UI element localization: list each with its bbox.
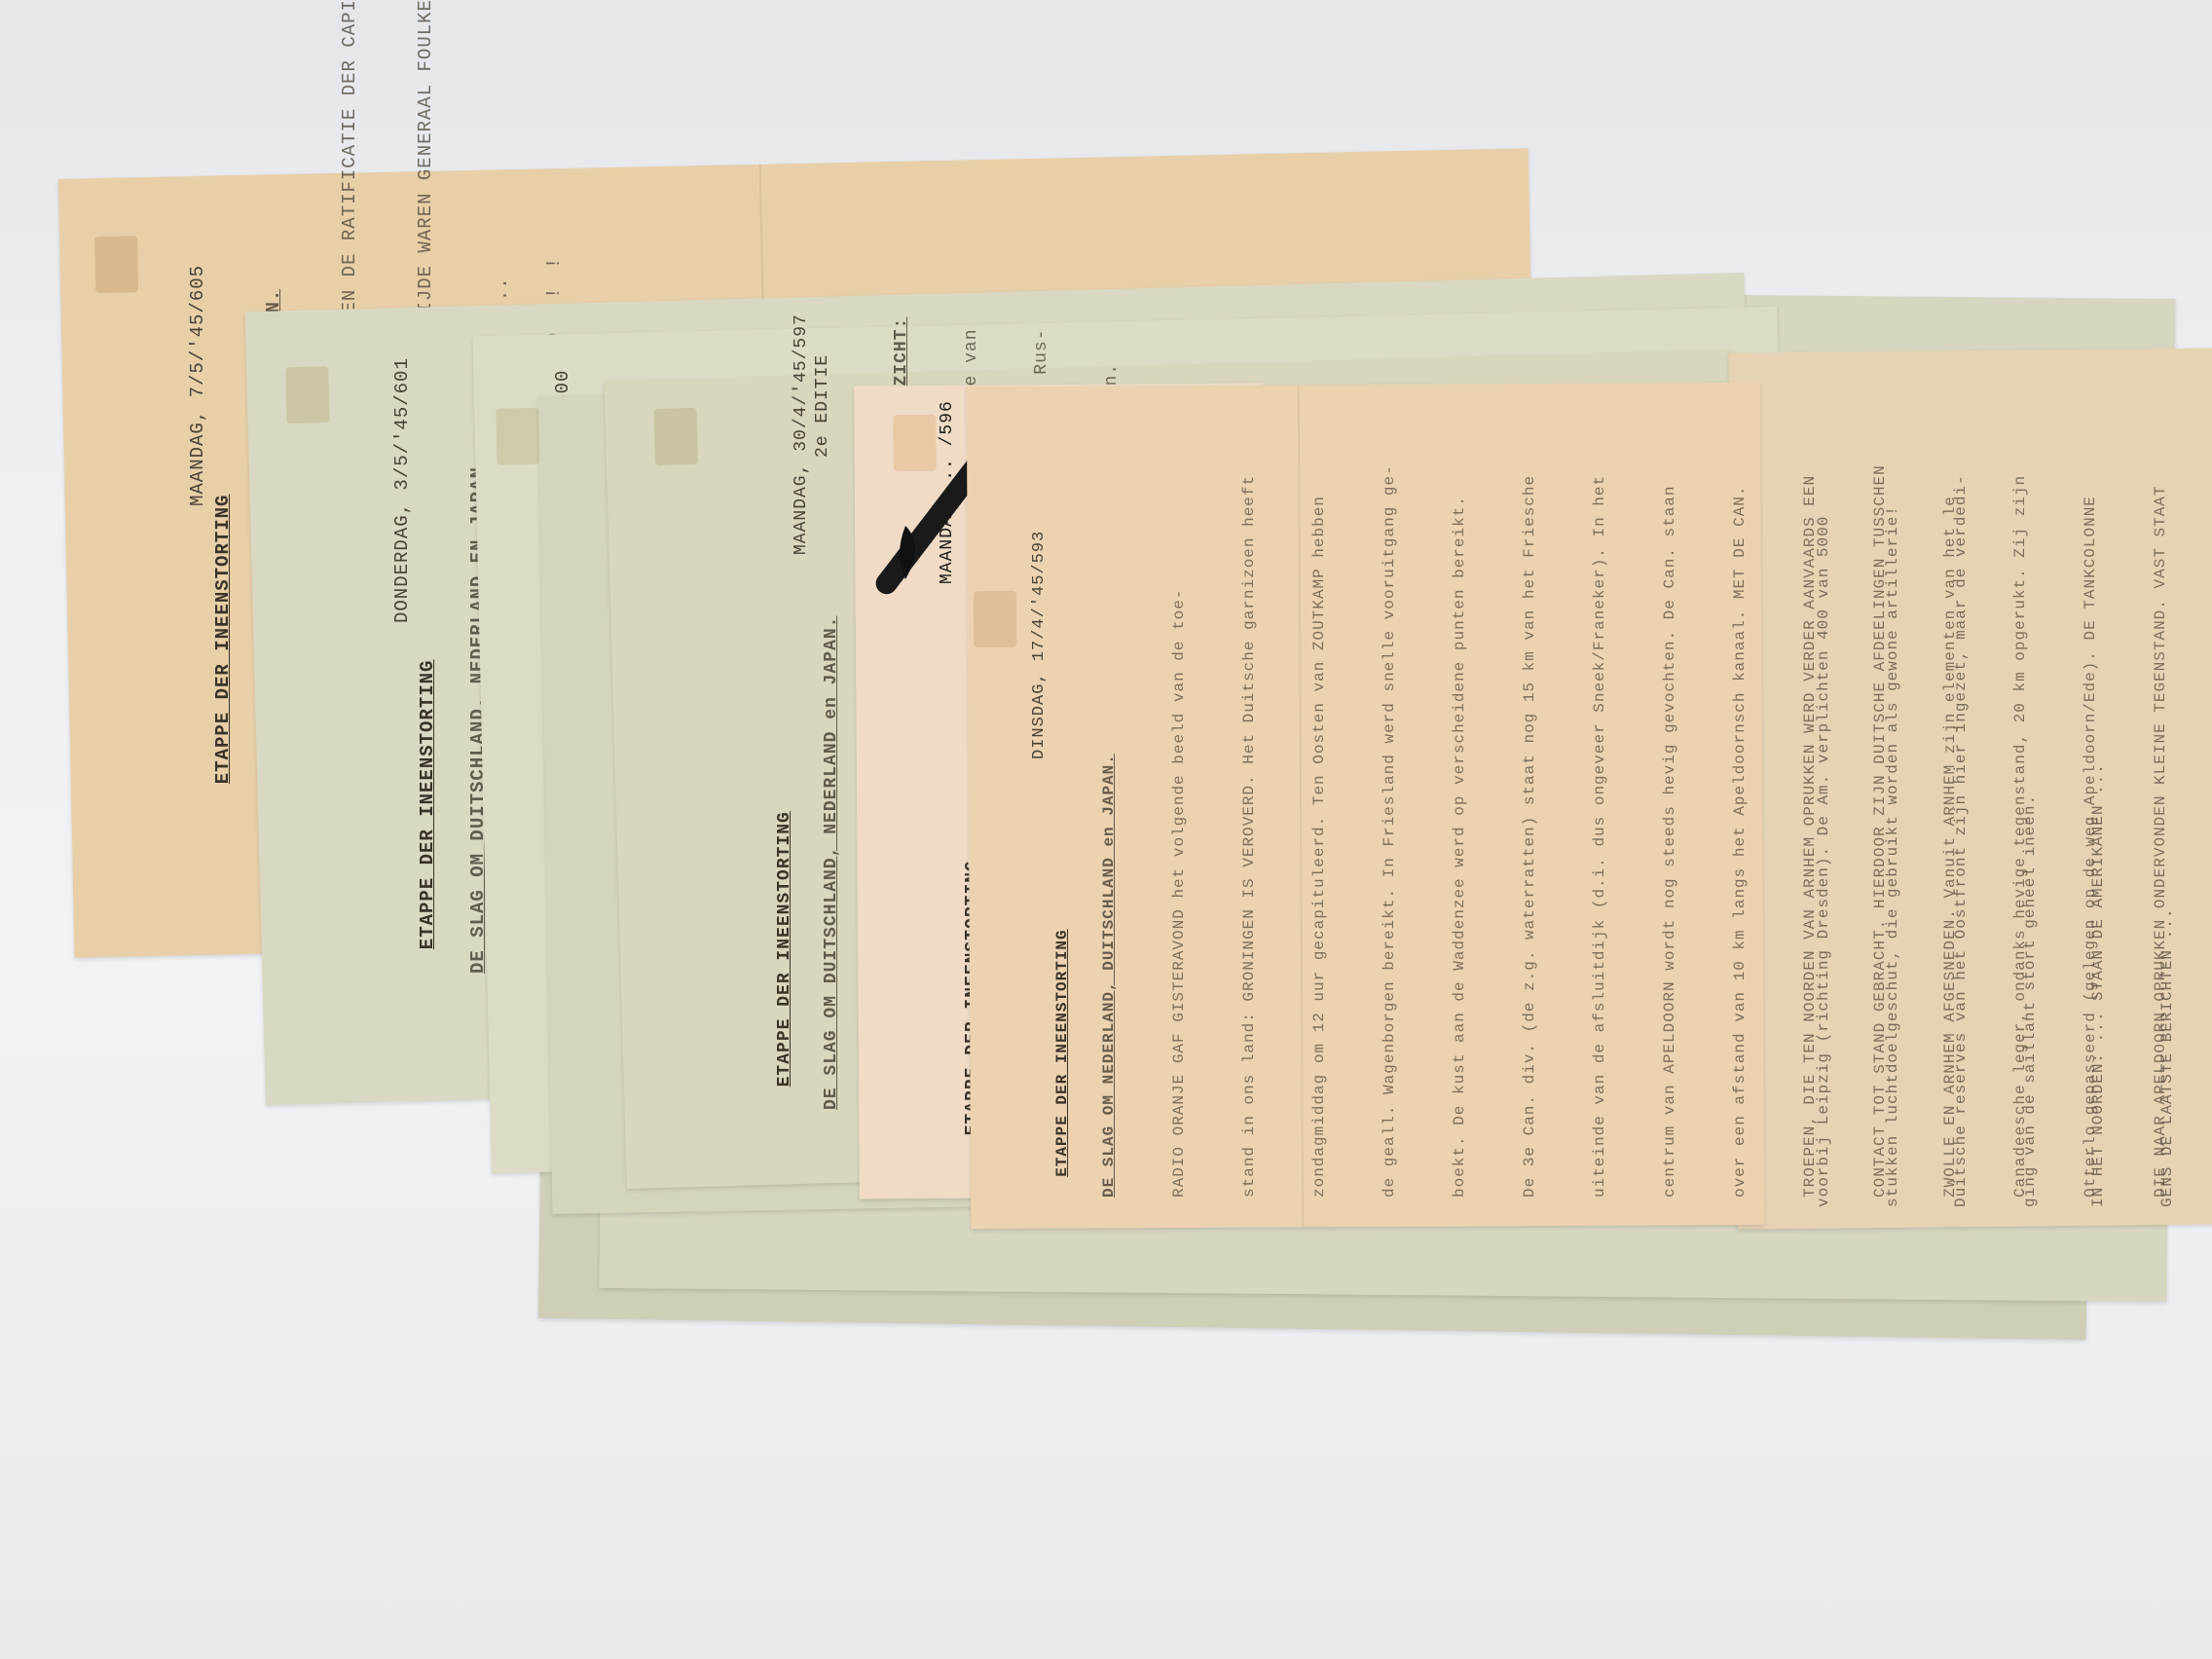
bulletin-593-line: CONTACT TOT STAND GEBRACHT. HIERDOOR ZIJ… bbox=[1868, 464, 1892, 1198]
bulletin-605-dateline: MAANDAG, 7/5/'45/605 bbox=[185, 265, 210, 506]
bulletin-597-header-1: ETAPPE DER INEENSTORTING bbox=[775, 811, 794, 1087]
bulletin-605-header-1: ETAPPE DER INEENSTORTING bbox=[212, 495, 234, 785]
tape-stain bbox=[496, 408, 539, 465]
tape-stain bbox=[94, 236, 138, 293]
bulletin-593-line: ZWOLLE EN ARNHEM AFGESNEDEN. Vanuit ARNH… bbox=[1938, 464, 1962, 1198]
bulletin-593-line: centrum van APELDOORN wordt nog steeds h… bbox=[1658, 464, 1681, 1198]
bulletin-593-header-2: DE SLAG OM NEDERLAND, DUITSCHLAND en JAP… bbox=[1097, 464, 1121, 1198]
bulletin-596-dateline: MAANDAG ... /596 bbox=[935, 400, 960, 584]
bulletin-593-header-1: ETAPPE DER INEENSTORTING bbox=[1053, 929, 1071, 1176]
bulletin-593-line: Otterlo gepasseerd (gelegen op de weg Ap… bbox=[2079, 464, 2102, 1198]
bulletin-593-line: stand in ons land: GRONINGEN IS VEROVERD… bbox=[1237, 464, 1261, 1198]
tape-stain bbox=[285, 366, 330, 424]
tape-stain bbox=[974, 591, 1016, 647]
bulletin-593-line: uiteinde van de afsluitdijk (d.i. dus on… bbox=[1588, 464, 1611, 1198]
bulletin-593-line: Canadeesche leger, ondanks hevige tegens… bbox=[2009, 464, 2032, 1198]
bulletin-593-line: TROEPEN, DIE TEN NOORDEN VAN ARNHEM OPRU… bbox=[1798, 464, 1822, 1198]
bulletin-601-dateline: DONDERDAG, 3/5/'45/601 bbox=[389, 357, 415, 623]
bulletin-593-line: RADIO ORANJE GAF GISTERAVOND het volgend… bbox=[1167, 464, 1191, 1198]
bulletin-601-header-1: ETAPPE DER INEENSTORTING bbox=[417, 660, 438, 950]
bulletin-593-dateline: DINSDAG, 17/4/'45/593 bbox=[1027, 531, 1052, 759]
bulletin-593-line: zondagmiddag om 12 uur gecapituleerd. Te… bbox=[1308, 464, 1331, 1198]
tape-stain bbox=[653, 408, 698, 465]
bulletin-593-line: De 3e Can. div. (de z.g. waterratten) st… bbox=[1518, 464, 1541, 1198]
bulletin-593-line: over een afstand van 10 km langs het Ape… bbox=[1728, 464, 1751, 1198]
bulletin-593-text: ETAPPE DER INEENSTORTING DE SLAG OM NEDE… bbox=[1027, 464, 2212, 1198]
bulletin-593-line: boekt. De kust aan de Waddenzee werd op … bbox=[1448, 464, 1471, 1198]
bulletin-593-line: DIE NAAR APELDOORN OPRUKKEN ONDERVONDEN … bbox=[2149, 464, 2172, 1198]
bulletin-593-line: de geall. Wagenborgen bereikt. In Friesl… bbox=[1378, 464, 1401, 1198]
bulletin-597-edition: 2e EDITIE bbox=[810, 354, 835, 458]
